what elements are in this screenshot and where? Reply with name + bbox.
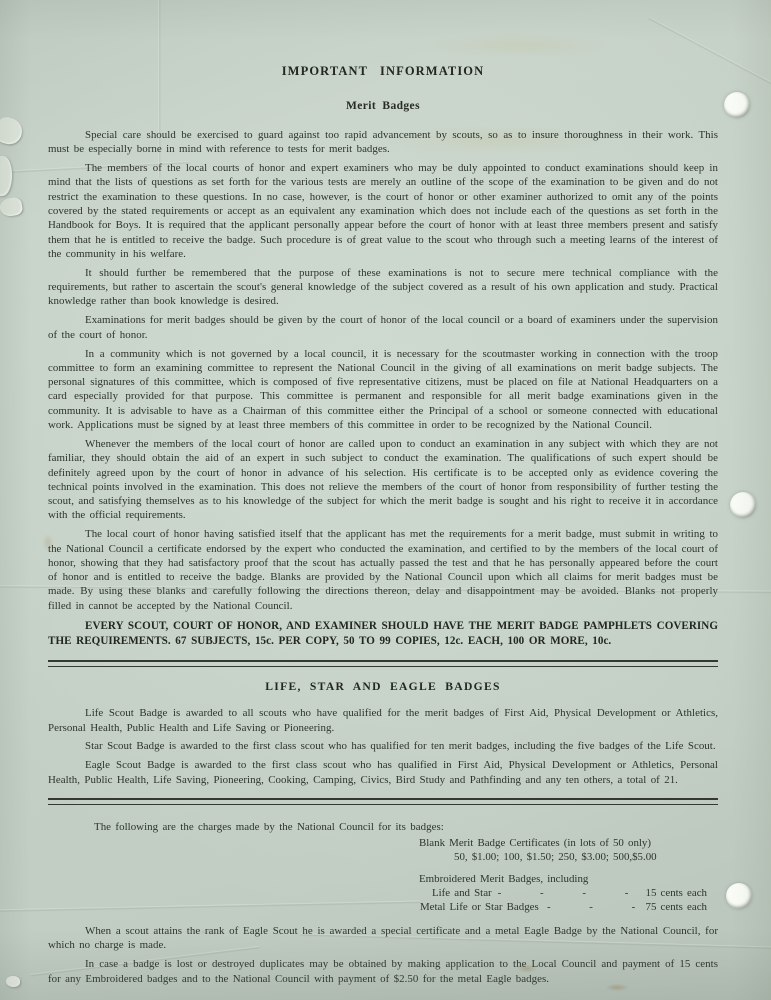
scanned-document-page: IMPORTANT INFORMATION Merit Badges Speci…: [0, 0, 771, 1000]
double-rule-divider: [48, 660, 718, 667]
paragraph-lost-badges: In case a badge is lost or destroyed dup…: [48, 957, 718, 986]
paragraph-examinations-given-by: Examinations for merit badges should be …: [48, 313, 718, 342]
punch-hole: [724, 92, 750, 118]
paragraph-eagle-certificate: When a scout attains the rank of Eagle S…: [48, 924, 718, 953]
paragraph-certificates-blanks: The local court of honor having satisfie…: [48, 527, 718, 613]
punch-hole: [730, 492, 756, 518]
paper-tear: [0, 156, 12, 196]
pamphlet-notice: EVERY SCOUT, COURT OF HONOR, AND EXAMINE…: [48, 619, 718, 649]
page-title: IMPORTANT INFORMATION: [48, 64, 718, 79]
merit-badges-heading: Merit Badges: [48, 100, 718, 112]
paper-tear: [0, 115, 25, 147]
dash-leader: - - -: [539, 901, 646, 915]
punch-hole: [726, 883, 752, 909]
price-item-value: 15 cents each: [646, 887, 707, 901]
dash-leader: - - - - -: [492, 887, 646, 901]
paper-nick: [6, 976, 20, 987]
embroidered-badges-title: Embroidered Merit Badges, including: [419, 873, 707, 887]
paper-tear: [0, 196, 23, 218]
price-item-label: Metal Life or Star Badges: [419, 901, 539, 915]
paragraph-community-committee: In a community which is not governed by …: [48, 347, 718, 433]
price-item-label: Life and Star: [419, 887, 492, 901]
document-content: IMPORTANT INFORMATION Merit Badges Speci…: [48, 0, 718, 986]
price-item-value: 75 cents each: [646, 901, 707, 915]
paragraph-eagle-scout: Eagle Scout Badge is awarded to the firs…: [48, 758, 718, 787]
price-row-life-and-star: Life and Star - - - - - 15 cents each: [419, 887, 707, 901]
paragraph-courts-of-honor: The members of the local courts of honor…: [48, 161, 718, 261]
paragraph-special-care: Special care should be exercised to guar…: [48, 128, 718, 157]
paragraph-star-scout: Star Scout Badge is awarded to the first…: [48, 739, 718, 753]
charges-intro: The following are the charges made by th…: [48, 820, 718, 834]
paragraph-life-scout: Life Scout Badge is awarded to all scout…: [48, 706, 718, 735]
blank-certificates-title: Blank Merit Badge Certificates (in lots …: [419, 837, 707, 851]
charges-price-list: Blank Merit Badge Certificates (in lots …: [419, 837, 707, 914]
paragraph-purpose-of-examinations: It should further be remembered that the…: [48, 266, 718, 309]
blank-certificates-prices: 50, $1.00; 100, $1.50; 250, $3.00; 500,$…: [419, 851, 707, 865]
paragraph-expert-examiners: Whenever the members of the local court …: [48, 437, 718, 523]
life-star-eagle-heading: LIFE, STAR AND EAGLE BADGES: [48, 680, 718, 693]
price-row-metal-life-star: Metal Life or Star Badges - - - 75 cents…: [419, 901, 707, 915]
double-rule-divider: [48, 798, 718, 805]
